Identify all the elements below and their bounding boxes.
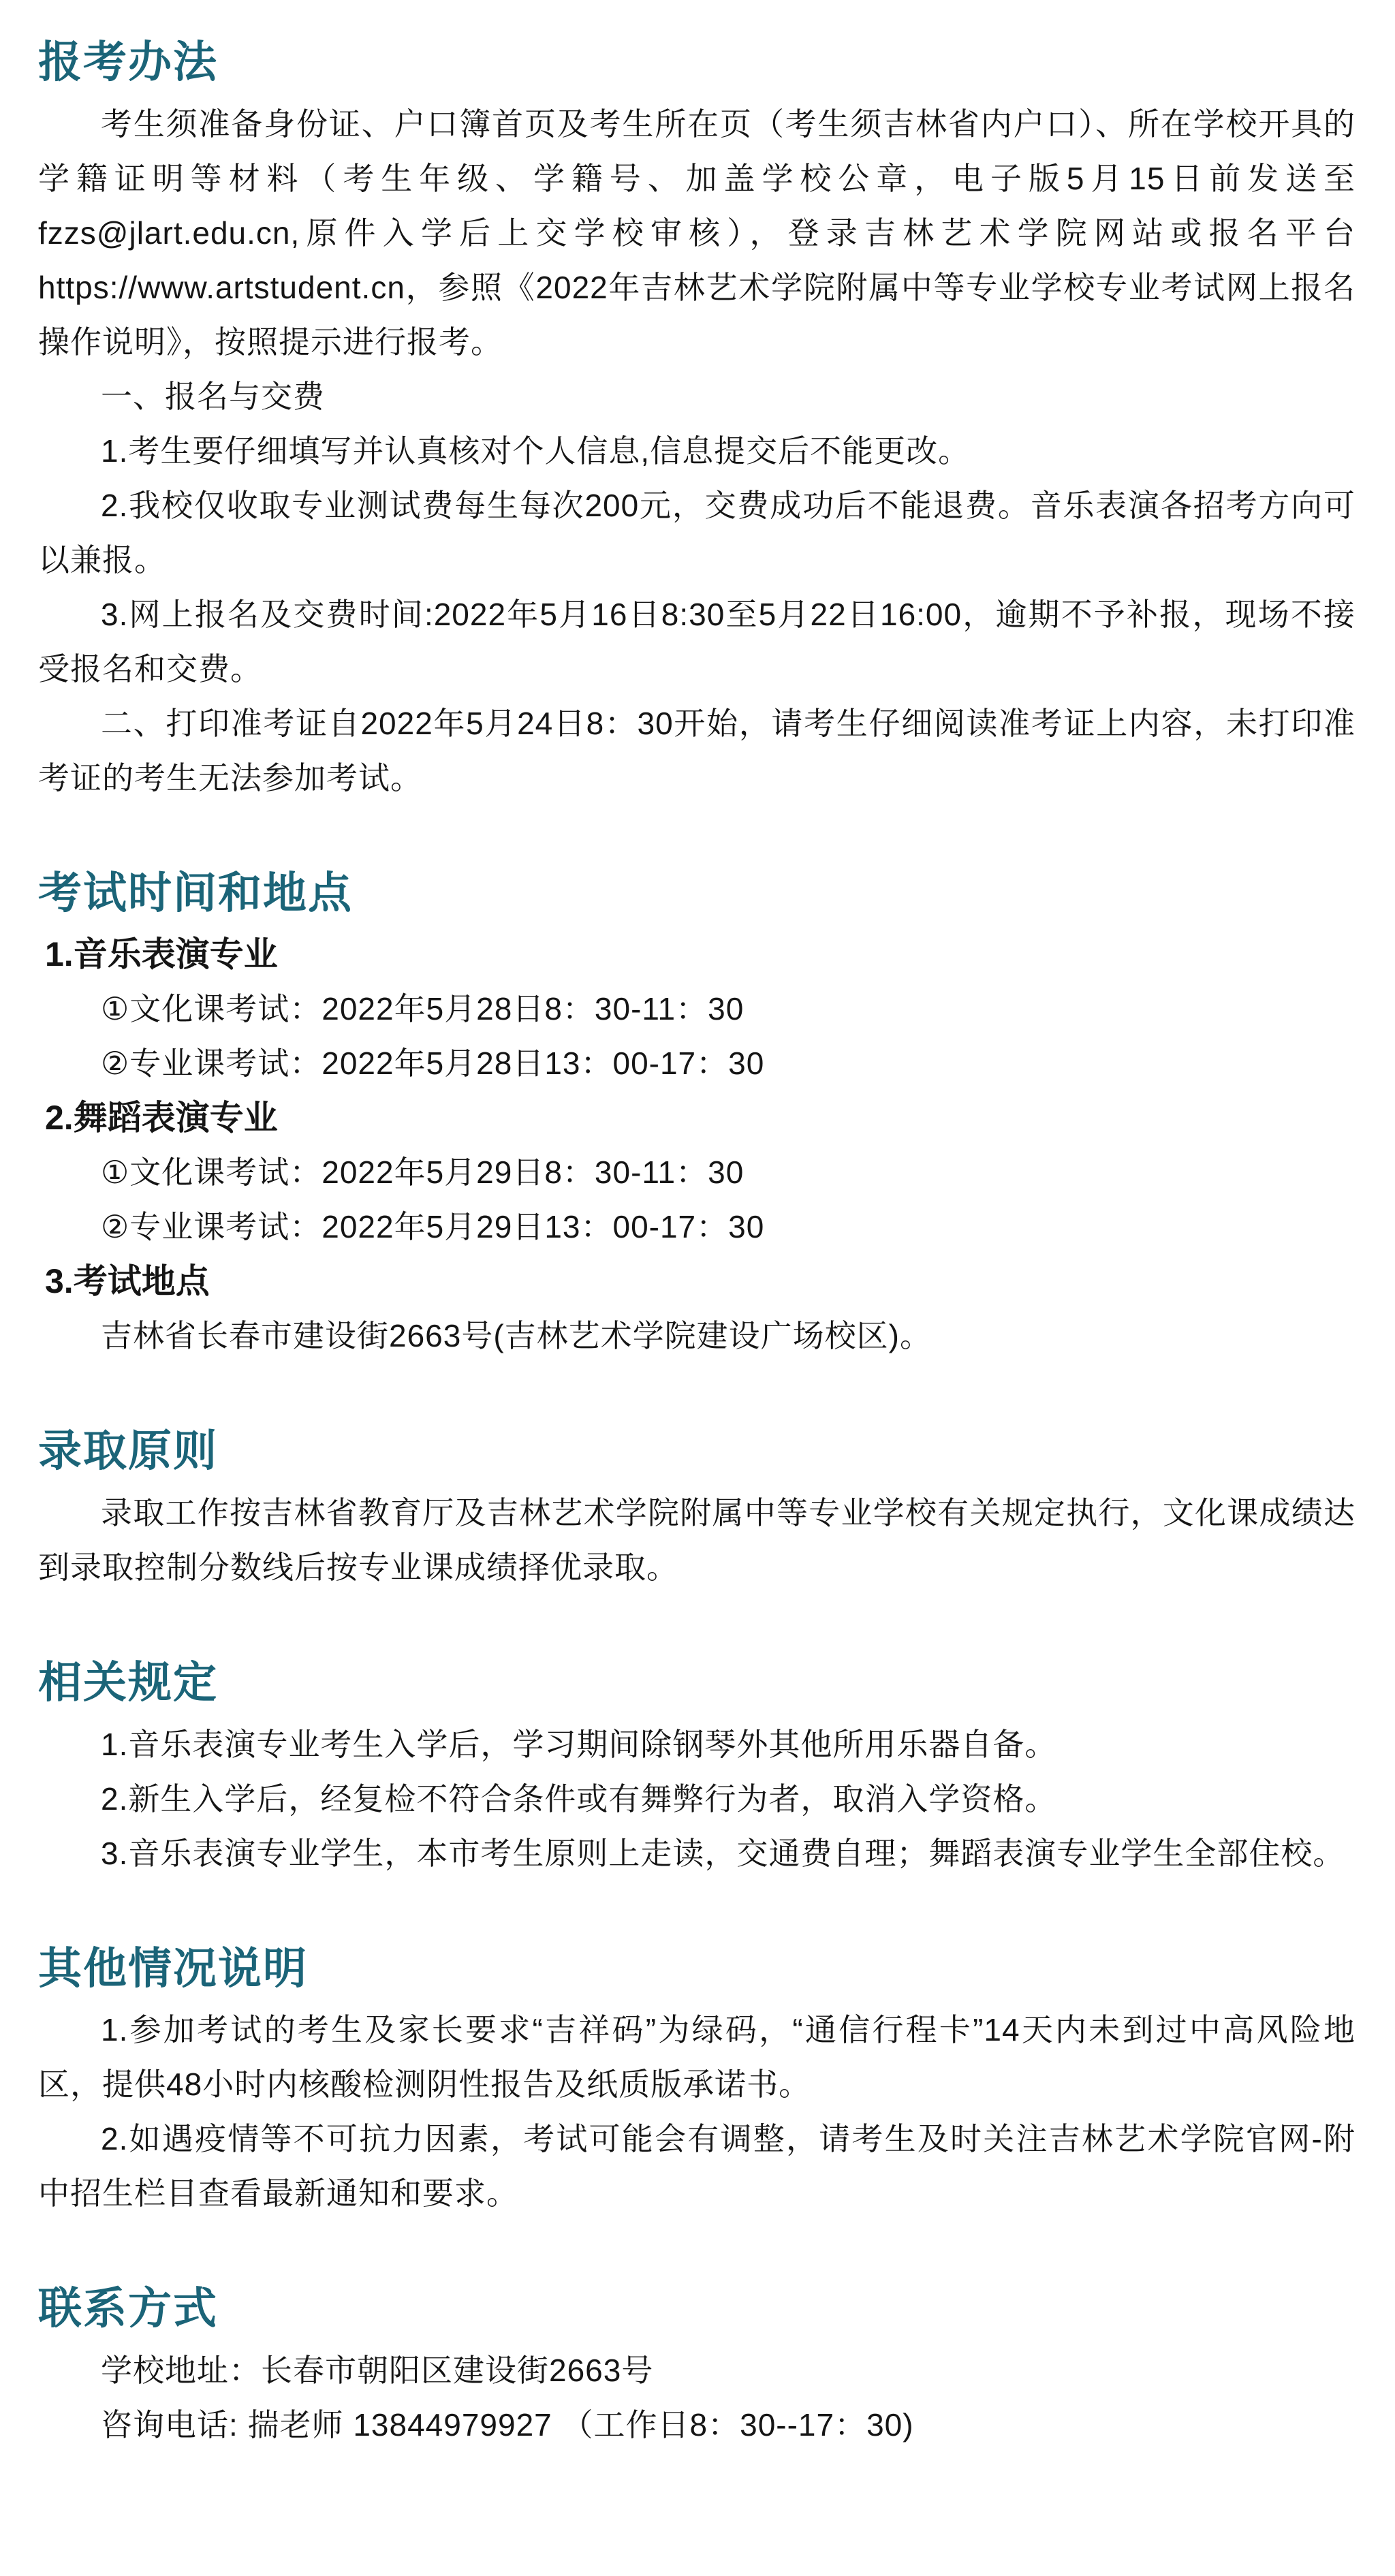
section-contact-info: 联系方式 学校地址：长春市朝阳区建设街2663号 咨询电话: 揣老师 13844…	[38, 2284, 1355, 2452]
subhead-music-performance: 1.音乐表演专业	[38, 927, 1355, 981]
line-music-culture-exam: ①文化课考试：2022年5月28日8：30-11：30	[38, 981, 1355, 1036]
section-heading-admission-principles: 录取原则	[38, 1427, 1355, 1476]
section-exam-time-location: 考试时间和地点 1.音乐表演专业 ①文化课考试：2022年5月28日8：30-1…	[38, 869, 1355, 1364]
paragraph-health-code-requirement: 1.参加考试的考生及家长要求“吉祥码”为绿码，“通信行程卡”14天内未到过中高风…	[38, 2002, 1355, 2111]
section-heading-related-regulations: 相关规定	[38, 1659, 1355, 1708]
paragraph-recheck-disqualification: 2.新生入学后，经复检不符合条件或有舞弊行为者，取消入学资格。	[38, 1772, 1355, 1826]
document-page: 报考办法 考生须准备身份证、户口簿首页及考生所在页（考生须吉林省内户口）、所在学…	[0, 0, 1395, 2576]
section-registration-method: 报考办法 考生须准备身份证、户口簿首页及考生所在页（考生须吉林省内户口）、所在学…	[38, 38, 1355, 805]
line-school-address: 学校地址：长春市朝阳区建设街2663号	[38, 2343, 1355, 2398]
section-heading-other-notes: 其他情况说明	[38, 1945, 1355, 1994]
paragraph-admission-rule: 录取工作按吉林省教育厅及吉林艺术学院附属中等专业学校有关规定执行，文化课成绩达到…	[38, 1486, 1355, 1595]
section-related-regulations: 相关规定 1.音乐表演专业考生入学后，学习期间除钢琴外其他所用乐器自备。 2.新…	[38, 1659, 1355, 1881]
section-admission-principles: 录取原则 录取工作按吉林省教育厅及吉林艺术学院附属中等专业学校有关规定执行，文化…	[38, 1427, 1355, 1595]
section-heading-exam-time-location: 考试时间和地点	[38, 869, 1355, 918]
paragraph-materials: 考生须准备身份证、户口簿首页及考生所在页（考生须吉林省内户口）、所在学校开具的学…	[38, 97, 1355, 369]
paragraph-signup-and-pay-title: 一、报名与交费	[38, 369, 1355, 424]
line-dance-culture-exam: ①文化课考试：2022年5月29日8：30-11：30	[38, 1145, 1355, 1199]
subhead-dance-performance: 2.舞蹈表演专业	[38, 1090, 1355, 1145]
line-consult-phone: 咨询电话: 揣老师 13844979927 （工作日8：30--17：30)	[38, 2398, 1355, 2452]
section-heading-registration-method: 报考办法	[38, 38, 1355, 87]
paragraph-boarding-rule: 3.音乐表演专业学生，本市考生原则上走读，交通费自理；舞蹈表演专业学生全部住校。	[38, 1826, 1355, 1881]
paragraph-online-time: 3.网上报名及交费时间:2022年5月16日8:30至5月22日16:00，逾期…	[38, 587, 1355, 696]
paragraph-fill-info: 1.考生要仔细填写并认真核对个人信息,信息提交后不能更改。	[38, 424, 1355, 478]
paragraph-instruments-self-provided: 1.音乐表演专业考生入学后，学习期间除钢琴外其他所用乐器自备。	[38, 1717, 1355, 1772]
paragraph-print-admission-ticket: 二、打印准考证自2022年5月24日8：30开始，请考生仔细阅读准考证上内容，未…	[38, 696, 1355, 805]
document-content: 报考办法 考生须准备身份证、户口簿首页及考生所在页（考生须吉林省内户口）、所在学…	[0, 0, 1395, 2452]
paragraph-test-fee: 2.我校仅收取专业测试费每生每次200元，交费成功后不能退费。音乐表演各招考方向…	[38, 478, 1355, 587]
line-dance-major-exam: ②专业课考试：2022年5月29日13：00-17：30	[38, 1199, 1355, 1254]
section-heading-contact-info: 联系方式	[38, 2284, 1355, 2334]
line-music-major-exam: ②专业课考试：2022年5月28日13：00-17：30	[38, 1036, 1355, 1090]
subhead-exam-location: 3.考试地点	[38, 1254, 1355, 1308]
section-other-notes: 其他情况说明 1.参加考试的考生及家长要求“吉祥码”为绿码，“通信行程卡”14天…	[38, 1945, 1355, 2221]
line-exam-address: 吉林省长春市建设街2663号(吉林艺术学院建设广场校区)。	[38, 1308, 1355, 1363]
paragraph-epidemic-adjustment: 2.如遇疫情等不可抗力因素，考试可能会有调整，请考生及时关注吉林艺术学院官网-附…	[38, 2111, 1355, 2220]
